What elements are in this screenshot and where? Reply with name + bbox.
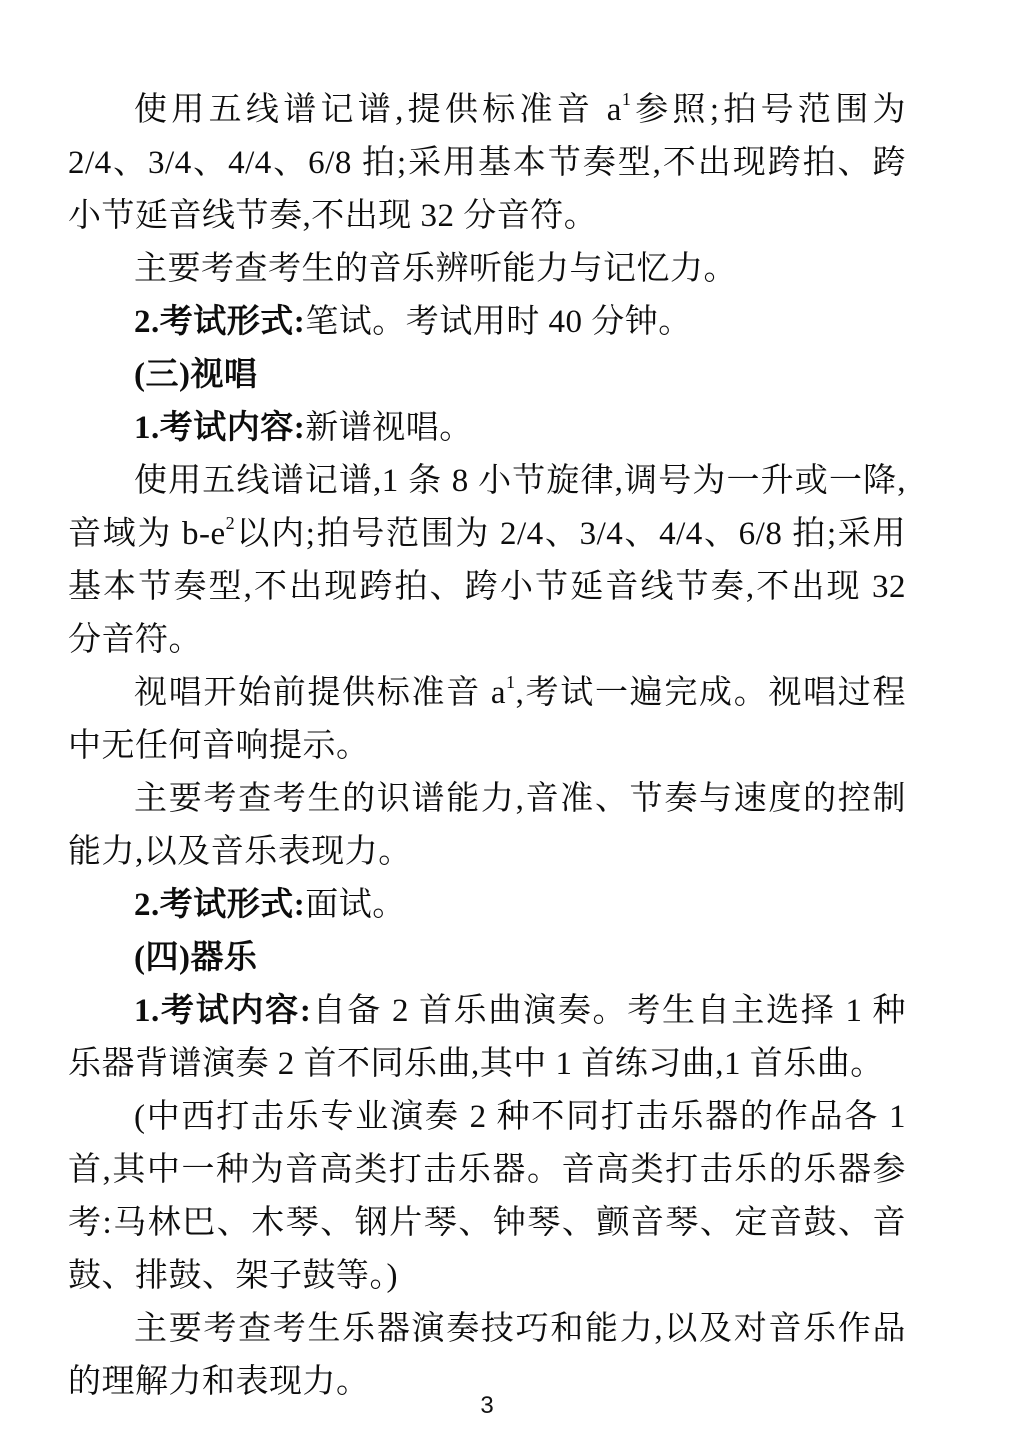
document-body: 使用五线谱记谱,提供标准音 a1参照;拍号范围为 2/4、3/4、4/4、6/8…	[68, 84, 906, 1409]
heading-label: (三)视唱	[134, 357, 257, 393]
text-run: 视唱开始前提供标准音 a	[134, 675, 506, 711]
superscript: 2	[226, 513, 236, 533]
paragraph: 视唱开始前提供标准音 a1,考试一遍完成。视唱过程中无任何音响提示。	[68, 667, 906, 773]
text-run: 面试。	[305, 887, 406, 923]
text-run: 主要考查考生的识谱能力,音准、节奏与速度的控制能力,以及音乐表现力。	[68, 781, 906, 870]
text-run: 新谱视唱。	[305, 410, 473, 446]
heading-label: (四)器乐	[134, 940, 257, 976]
superscript: 1	[506, 672, 516, 692]
text-run: (中西打击乐专业演奏 2 种不同打击乐器的作品各 1 首,其中一种为音高类打击乐…	[68, 1099, 906, 1294]
text-run: 使用五线谱记谱,提供标准音 a	[134, 92, 622, 128]
paragraph: 使用五线谱记谱,提供标准音 a1参照;拍号范围为 2/4、3/4、4/4、6/8…	[68, 84, 906, 243]
text-run: 主要考查考生的音乐辨听能力与记忆力。	[134, 251, 737, 287]
heading-label: 1.考试内容:	[134, 993, 311, 1029]
paragraph: 主要考查考生的识谱能力,音准、节奏与速度的控制能力,以及音乐表现力。	[68, 773, 906, 879]
page-footer: 3	[68, 1392, 906, 1420]
page-number: 3	[480, 1392, 493, 1419]
heading-paragraph: 2.考试形式:面试。	[68, 879, 906, 932]
document-page: 使用五线谱记谱,提供标准音 a1参照;拍号范围为 2/4、3/4、4/4、6/8…	[0, 0, 1029, 1456]
heading-label: 2.考试形式:	[134, 304, 305, 340]
text-run: 主要考查考生乐器演奏技巧和能力,以及对音乐作品的理解力和表现力。	[68, 1311, 906, 1400]
heading-label: 2.考试形式:	[134, 887, 305, 923]
paragraph: 使用五线谱记谱,1 条 8 小节旋律,调号为一升或一降,音域为 b-e2以内;拍…	[68, 455, 906, 667]
heading-paragraph: 2.考试形式:笔试。考试用时 40 分钟。	[68, 296, 906, 349]
heading-paragraph: (三)视唱	[68, 349, 906, 402]
superscript: 1	[622, 89, 632, 109]
heading-paragraph: (四)器乐	[68, 932, 906, 985]
heading-label: 1.考试内容:	[134, 410, 305, 446]
text-run: 笔试。考试用时 40 分钟。	[305, 304, 692, 340]
heading-paragraph: 1.考试内容:自备 2 首乐曲演奏。考生自主选择 1 种乐器背谱演奏 2 首不同…	[68, 985, 906, 1091]
paragraph: 主要考查考生的音乐辨听能力与记忆力。	[68, 243, 906, 296]
heading-paragraph: 1.考试内容:新谱视唱。	[68, 402, 906, 455]
paragraph: (中西打击乐专业演奏 2 种不同打击乐器的作品各 1 首,其中一种为音高类打击乐…	[68, 1091, 906, 1303]
